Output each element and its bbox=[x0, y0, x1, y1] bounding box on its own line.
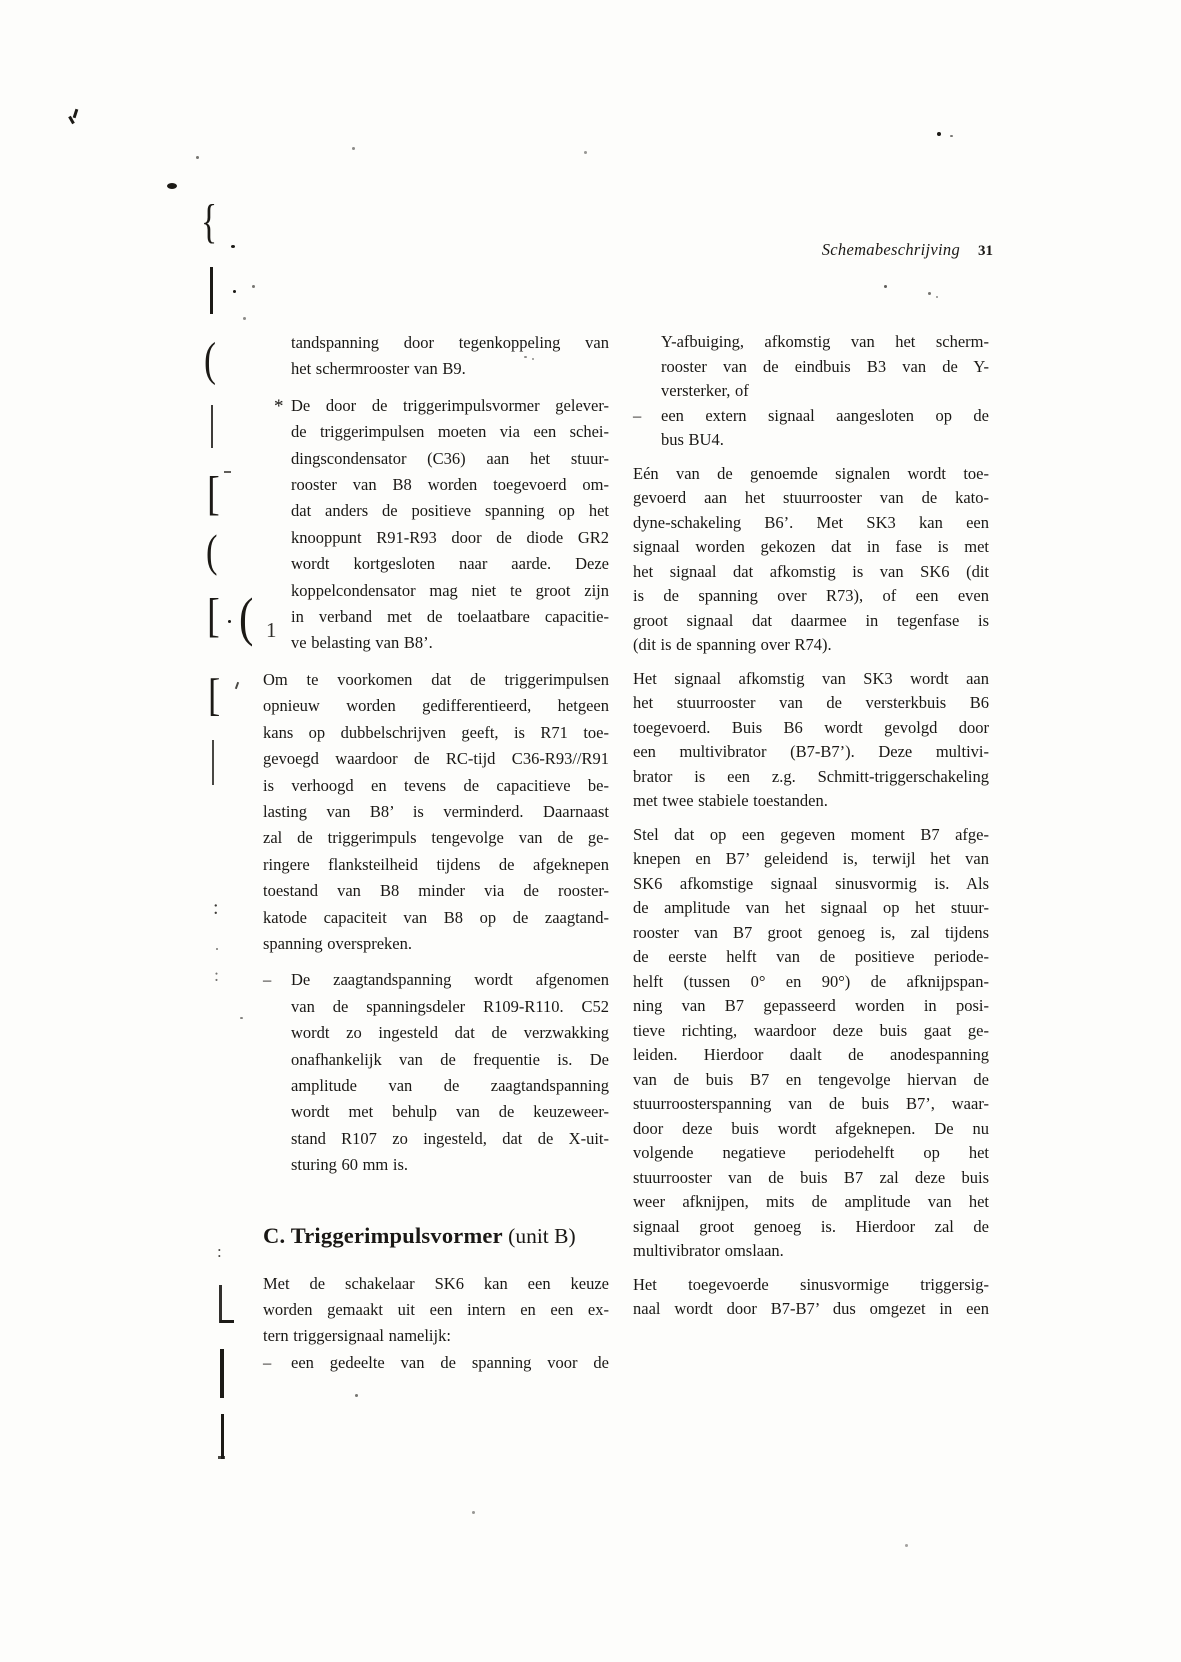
ink-speck bbox=[584, 151, 587, 154]
text-line: de triggerimpulsen moeten via een schei- bbox=[291, 419, 609, 445]
ink-speck bbox=[937, 132, 941, 136]
text-line: (dit is de spanning over R74). bbox=[633, 633, 989, 658]
ink-speck bbox=[240, 1017, 243, 1019]
text-line: gevoerd aan het stuurrooster van de kato… bbox=[633, 486, 989, 511]
text-line: lasting van B8’ is verminderd. Daarnaast bbox=[263, 799, 609, 825]
text-line: weer afknijpen, mits de amplitude van he… bbox=[633, 1190, 989, 1215]
text-line: ringere flanksteilheid tijdens de afgekn… bbox=[263, 852, 609, 878]
margin-pen-mark: ( bbox=[206, 528, 217, 574]
ink-speck bbox=[524, 356, 527, 358]
margin-pen-mark bbox=[210, 267, 213, 314]
text-line: dingscondensator (C36) aan het stuur- bbox=[291, 446, 609, 472]
margin-pen-mark: [ bbox=[207, 470, 220, 518]
text-line: een multivibrator (B7-B7’). Deze multivi… bbox=[633, 740, 989, 765]
text-line: De zaagtandspanning wordt afgenomen bbox=[291, 967, 609, 993]
text-line: rooster van B7 groot genoeg is, zal tijd… bbox=[633, 921, 989, 946]
margin-pen-mark: ( bbox=[239, 590, 253, 644]
margin-pen-mark: ( bbox=[204, 336, 216, 384]
text-line: in verband met de toelaatbare capacitie- bbox=[291, 604, 609, 630]
text-line: Om te voorkomen dat de triggerimpulsen bbox=[263, 667, 609, 693]
ink-speck bbox=[355, 1394, 358, 1397]
text-line: wordt met behulp van de keuzeweer- bbox=[291, 1099, 609, 1125]
section-heading-bold: C. Triggerimpulsvormer bbox=[263, 1223, 503, 1248]
list-marker: – bbox=[263, 967, 271, 993]
margin-pen-mark: [ bbox=[207, 592, 220, 640]
paragraph: Y-afbuiging, afkomstig van het scherm-ro… bbox=[633, 330, 989, 404]
ink-speck bbox=[228, 620, 231, 623]
text-line: Het signaal afkomstig van SK3 wordt aan bbox=[633, 667, 989, 692]
list-marker: – bbox=[633, 404, 641, 429]
list-item: –een extern signaal aangesloten op debus… bbox=[633, 404, 989, 453]
text-line: brator is een z.g. Schmitt-triggerschake… bbox=[633, 765, 989, 790]
ink-speck bbox=[243, 317, 246, 320]
margin-pen-mark bbox=[212, 740, 214, 785]
margin-pen-mark bbox=[235, 682, 239, 689]
ink-speck bbox=[196, 156, 199, 159]
text-line: stuurroosterspanning van de buis B7’, wa… bbox=[633, 1092, 989, 1117]
margin-pen-mark bbox=[221, 1414, 224, 1459]
list-marker: * bbox=[274, 394, 284, 420]
text-line: Met de schakelaar SK6 kan een keuze bbox=[263, 1271, 609, 1297]
text-line: het signaal dat afkomstig is van SK6 (di… bbox=[633, 560, 989, 585]
text-line: door deze buis wordt afgeknepen. De nu bbox=[633, 1117, 989, 1142]
text-line: dat anders de positieve spanning op het bbox=[291, 498, 609, 524]
text-line: tandspanning door tegenkoppeling van bbox=[291, 330, 609, 356]
text-line: van de buis B7 en tengevolge hiervan de bbox=[633, 1068, 989, 1093]
text-line: de amplitude van het signaal op het stuu… bbox=[633, 896, 989, 921]
text-line: De door de triggerimpulsvormer gelever- bbox=[291, 393, 609, 419]
text-line: stuurrooster van de buis B7 zal deze bui… bbox=[633, 1166, 989, 1191]
paragraph: tandspanning door tegenkoppeling vanhet … bbox=[263, 330, 609, 383]
margin-pen-mark: : bbox=[217, 1243, 222, 1260]
text-line: koppelcondensator mag niet te groot zijn bbox=[291, 578, 609, 604]
text-line: wordt kortgesloten naar aarde. Deze bbox=[291, 551, 609, 577]
text-line: leiden. Hierdoor daalt de anodespanning bbox=[633, 1043, 989, 1068]
paragraph: Het signaal afkomstig van SK3 wordt aanh… bbox=[633, 667, 989, 814]
margin-pen-mark bbox=[73, 109, 79, 118]
running-title: Schemabeschrijving bbox=[822, 240, 960, 259]
section-heading-regular: (unit B) bbox=[503, 1224, 576, 1248]
page-header: Schemabeschrijving31 bbox=[633, 240, 993, 260]
text-line: signaal groot genoeg is. Hierdoor zal de bbox=[633, 1215, 989, 1240]
text-line: versterker, of bbox=[661, 379, 989, 404]
text-line: onafhankelijk van de frequentie is. De bbox=[291, 1047, 609, 1073]
text-line: signaal worden gekozen dat in fase is me… bbox=[633, 535, 989, 560]
text-line: toegevoerd. Buis B6 wordt gevolgd door bbox=[633, 716, 989, 741]
page-number: 31 bbox=[978, 243, 993, 259]
section-heading: C. Triggerimpulsvormer (unit B) bbox=[263, 1221, 609, 1253]
text-line: tern triggersignaal namelijk: bbox=[263, 1323, 609, 1349]
paragraph: Om te voorkomen dat de triggerimpulsenop… bbox=[263, 667, 609, 957]
text-line: SK6 afkomstige signaal sinusvormig is. A… bbox=[633, 872, 989, 897]
text-line: volgende negatieve periodehelft op het bbox=[633, 1141, 989, 1166]
margin-pen-mark: 1 bbox=[266, 620, 277, 641]
margin-pen-mark bbox=[211, 405, 213, 448]
text-line: van de spanningsdeler R109-R110. C52 bbox=[291, 994, 609, 1020]
left-column: tandspanning door tegenkoppeling vanhet … bbox=[263, 330, 609, 1376]
text-line: amplitude van de zaagtandspanning bbox=[291, 1073, 609, 1099]
text-line: rooster van de eindbuis B3 van de Y- bbox=[661, 355, 989, 380]
text-line: de eerste helft van de positieve periode… bbox=[633, 945, 989, 970]
ink-speck bbox=[167, 183, 177, 189]
text-line: Het toegevoerde sinusvormige triggersig- bbox=[633, 1273, 989, 1298]
margin-pen-mark: { bbox=[201, 198, 217, 246]
paragraph: Het toegevoerde sinusvormige triggersig-… bbox=[633, 1273, 989, 1322]
ink-speck bbox=[472, 1511, 475, 1514]
ink-speck bbox=[352, 147, 355, 150]
list-item: –De zaagtandspanning wordt afgenomenvan … bbox=[263, 967, 609, 1178]
text-line: wordt zo ingesteld dat de verzwakking bbox=[291, 1020, 609, 1046]
ink-speck bbox=[231, 245, 235, 248]
text-line: het stuurrooster van de versterkbuis B6 bbox=[633, 691, 989, 716]
text-line: gevoegd waardoor de RC-tijd C36-R93//R91 bbox=[263, 746, 609, 772]
margin-pen-mark bbox=[219, 1285, 222, 1323]
ink-speck bbox=[905, 1544, 908, 1547]
text-line: rooster van B8 worden toegevoerd om- bbox=[291, 472, 609, 498]
text-line: naal wordt door B7-B7’ dus omgezet in ee… bbox=[633, 1297, 989, 1322]
text-line: is de spanning over R73), of een even bbox=[633, 584, 989, 609]
text-line: toestand van B8 minder via de rooster- bbox=[263, 878, 609, 904]
ink-speck bbox=[532, 358, 534, 360]
text-line: knepen en B7’ geleidend is, terwijl het … bbox=[633, 847, 989, 872]
list-marker: – bbox=[263, 1350, 271, 1376]
text-line: ning van B7 gepasseerd worden in posi- bbox=[633, 994, 989, 1019]
paragraph: Met de schakelaar SK6 kan een keuzeworde… bbox=[263, 1271, 609, 1350]
text-line: sturing 60 mm is. bbox=[291, 1152, 609, 1178]
margin-pen-mark: : bbox=[213, 898, 219, 918]
ink-speck bbox=[252, 285, 255, 288]
text-line: Eén van de genoemde signalen wordt toe- bbox=[633, 462, 989, 487]
text-line: het schermrooster van B9. bbox=[291, 356, 609, 382]
text-line: bus BU4. bbox=[661, 428, 989, 453]
text-line: groot signaal dat daarmee in tegenfase i… bbox=[633, 609, 989, 634]
ink-speck bbox=[950, 135, 953, 137]
margin-pen-mark bbox=[224, 471, 231, 473]
paragraph: Eén van de genoemde signalen wordt toe-g… bbox=[633, 462, 989, 658]
text-line: helft (tussen 0° en 90°) de afknijpspan- bbox=[633, 970, 989, 995]
text-line: dyne-schakeling B6’. Met SK3 kan een bbox=[633, 511, 989, 536]
ink-speck bbox=[928, 292, 931, 295]
text-line: ve belasting van B8’. bbox=[291, 630, 609, 656]
margin-pen-mark: [ bbox=[208, 672, 220, 718]
ink-speck bbox=[233, 290, 236, 293]
text-line: met twee stabiele toestanden. bbox=[633, 789, 989, 814]
text-line: kans op dubbelschrijven geeft, is R71 to… bbox=[263, 720, 609, 746]
text-line: een gedeelte van de spanning voor de bbox=[291, 1350, 609, 1376]
ink-speck bbox=[884, 285, 887, 288]
margin-pen-mark bbox=[220, 1349, 224, 1398]
paragraph: Stel dat op een gegeven moment B7 afge-k… bbox=[633, 823, 989, 1264]
margin-pen-mark: : bbox=[214, 966, 219, 984]
list-item: *De door de triggerimpulsvormer gelever-… bbox=[263, 393, 609, 657]
text-line: katode capaciteit van B8 op de zaagtand- bbox=[263, 905, 609, 931]
text-line: stand R107 zo ingesteld, dat de X-uit- bbox=[291, 1126, 609, 1152]
text-line: worden gemaakt uit een intern en een ex- bbox=[263, 1297, 609, 1323]
text-line: een extern signaal aangesloten op de bbox=[661, 404, 989, 429]
text-line: spanning overspreken. bbox=[263, 931, 609, 957]
text-line: zal de triggerimpuls tengevolge van de g… bbox=[263, 825, 609, 851]
text-line: Stel dat op een gegeven moment B7 afge- bbox=[633, 823, 989, 848]
list-item: –een gedeelte van de spanning voor de bbox=[263, 1350, 609, 1376]
text-line: is verhoogd en tevens de capacitieve be- bbox=[263, 773, 609, 799]
text-line: opnieuw worden gedifferentieerd, hetgeen bbox=[263, 693, 609, 719]
text-line: tieve richting, waardoor deze buis gaat … bbox=[633, 1019, 989, 1044]
ink-speck bbox=[216, 948, 218, 950]
text-line: multivibrator omslaan. bbox=[633, 1239, 989, 1264]
right-column: Y-afbuiging, afkomstig van het scherm-ro… bbox=[633, 330, 989, 1322]
ink-speck bbox=[936, 296, 938, 298]
document-page: Schemabeschrijving31 tandspanning door t… bbox=[0, 0, 1181, 1662]
margin-pen-mark bbox=[220, 1320, 234, 1323]
margin-pen-mark bbox=[218, 1456, 225, 1459]
text-line: knooppunt R91-R93 door de diode GR2 bbox=[291, 525, 609, 551]
text-line: Y-afbuiging, afkomstig van het scherm- bbox=[661, 330, 989, 355]
